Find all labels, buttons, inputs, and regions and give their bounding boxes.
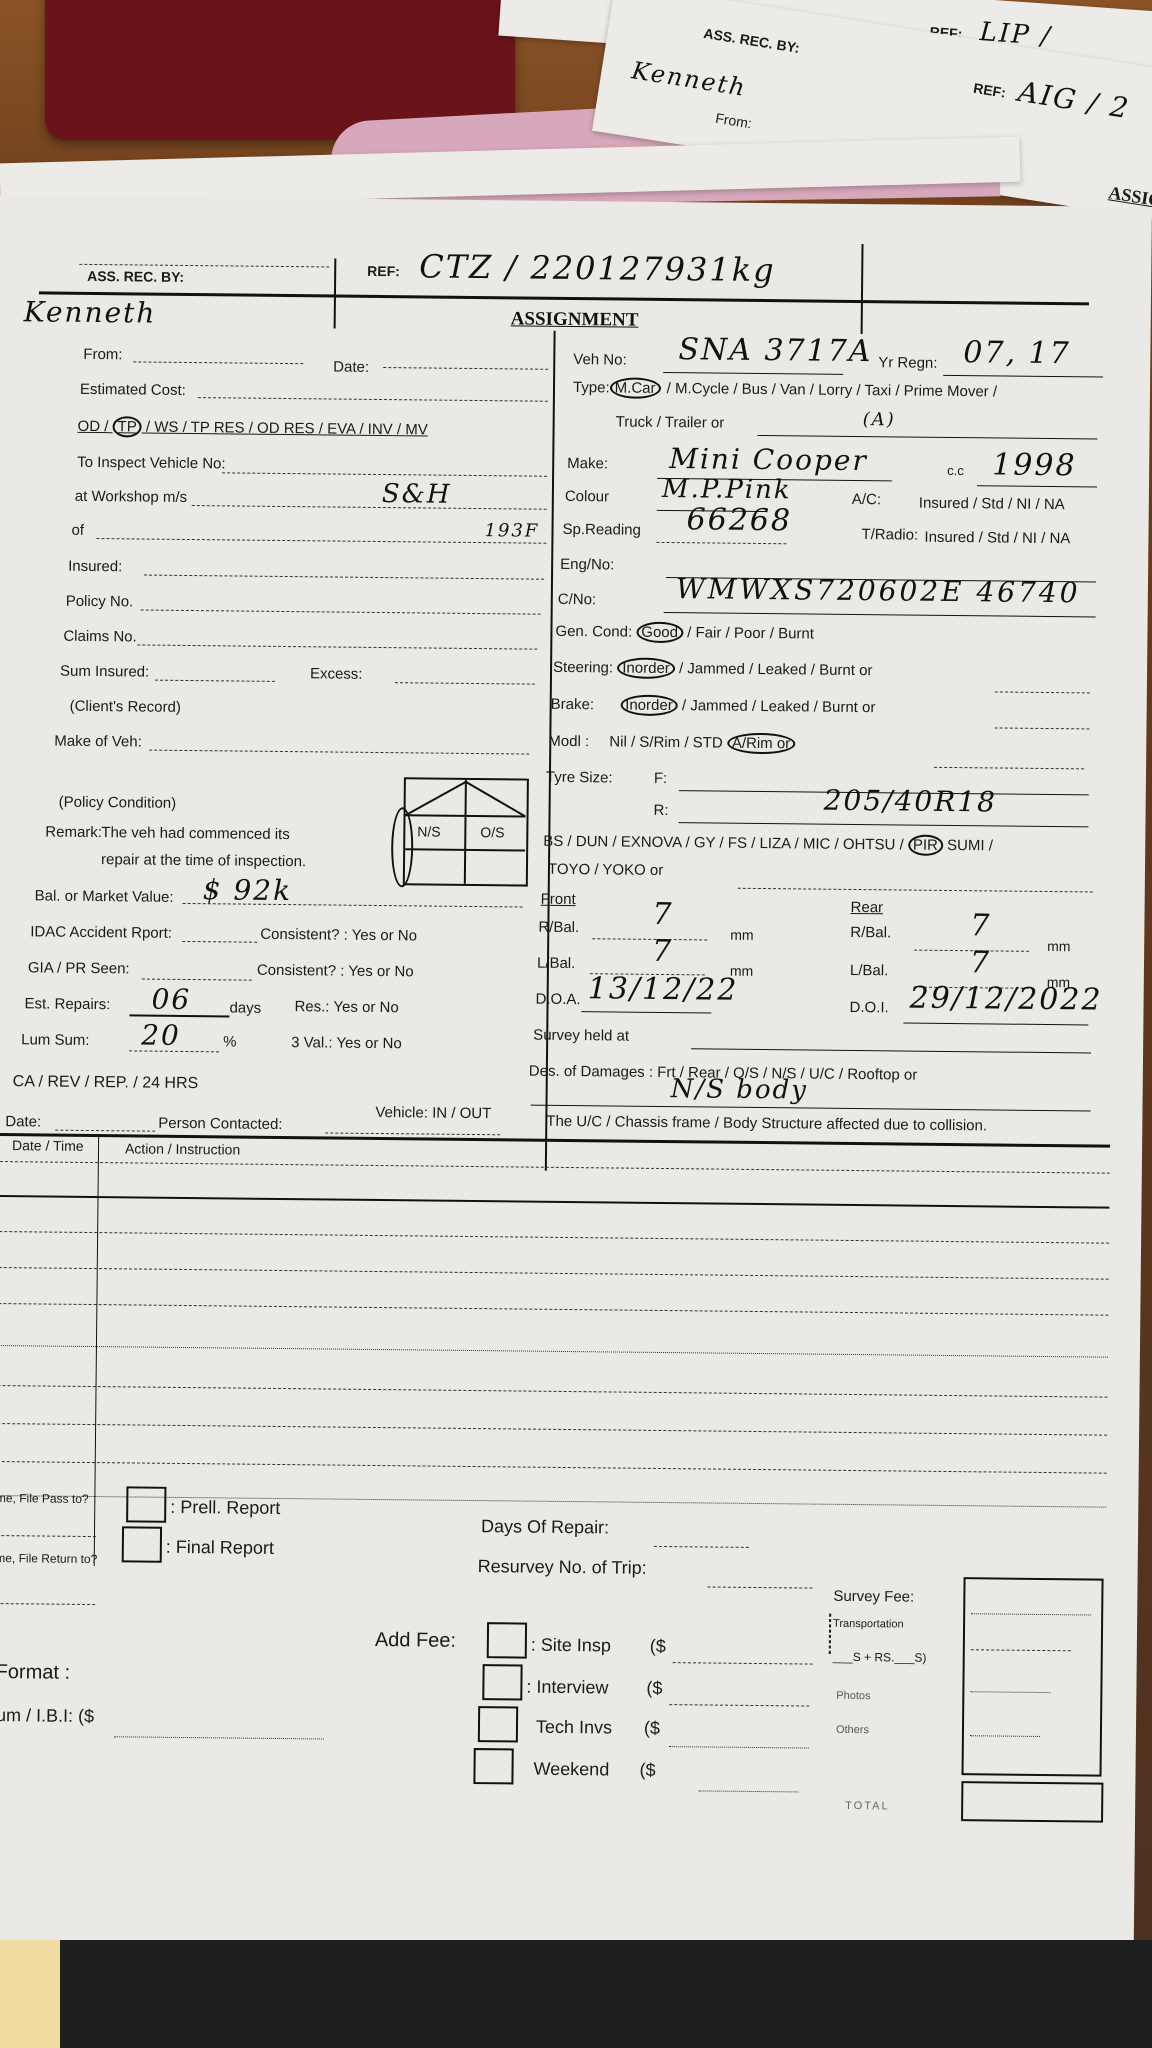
ass-rec-by-label: ASS. REC. BY: [87,268,184,285]
type-mcar-selected[interactable]: M.Car [610,377,661,399]
car-damage-diagram: N/S O/S [403,777,529,886]
colour-value[interactable]: M.P.Pink [662,474,792,505]
tradio-label: T/Radio: [861,526,918,544]
workshop-field[interactable] [192,505,547,510]
insured-field[interactable] [144,575,544,580]
steering-options: Steering: Inorder / Jammed / Leaked / Bu… [553,659,873,679]
days-of-repair-field[interactable] [654,1546,749,1548]
excess-field[interactable] [395,682,535,684]
make-value[interactable]: Mini Cooper [669,442,868,477]
sum-ibi-field[interactable] [114,1736,324,1739]
header-rule [39,291,1089,305]
doa-label: D.O.A. [536,991,581,1008]
date-field[interactable] [383,367,548,370]
transport-rs-field[interactable]: ___S + RS.___S) [833,1650,927,1665]
gen-cond-burnt[interactable]: Burnt [778,625,814,642]
rear-label: Rear [850,899,883,916]
modl-label: Modl : [548,733,589,750]
log-row[interactable] [0,1345,1108,1358]
log-col-date-time: Date / Time [12,1137,84,1154]
header-divider [334,259,337,329]
steering-burnt[interactable]: Burnt or [819,662,873,680]
modl-s-rim[interactable]: S/Rim [639,734,680,751]
modl-std[interactable]: STD [693,734,723,751]
tyre-brand-exnova[interactable]: EXNOVA [621,834,682,852]
tyre-brand-other-field[interactable] [738,888,1093,893]
inspect-vehicle-field[interactable] [222,472,547,476]
gen-cond-label: Gen. Cond: [555,623,632,641]
weekend-label: Weekend [533,1759,609,1781]
workshop-label: at Workshop m/s [75,488,187,506]
types-line2: Truck / Trailer or [616,413,725,431]
doi-value[interactable]: 29/12/2022 [909,981,1102,1018]
tyre-brand-pir-selected[interactable]: PIR [908,835,943,856]
bg-ref2-label: REF: [972,80,1007,101]
percent-label: % [223,1033,237,1050]
excess-label: Excess: [310,665,363,683]
tech-invs-amount-field[interactable] [669,1746,809,1748]
weekend-currency: ($ [639,1760,655,1781]
workshop-value[interactable]: S&H [382,479,452,510]
yr-regn-field[interactable] [943,375,1103,378]
insured-label: Insured: [68,558,122,576]
vehicle-in-out-options[interactable]: Vehicle: IN / OUT [375,1104,491,1122]
remark-label: Remark: [45,824,102,842]
yr-regn-value[interactable]: 07, 17 [963,335,1071,371]
brake-inorder-selected[interactable]: Inorder [620,695,678,717]
person-contacted-label: Person Contacted: [158,1115,282,1133]
tyre-brand-liza[interactable]: LIZA [759,835,790,852]
interview-checkbox[interactable] [482,1664,522,1700]
lum-sum-label: Lum Sum: [21,1031,90,1049]
from-label: From: [83,346,122,363]
ref-value[interactable]: CTZ / 220127931kg [419,247,776,289]
damages-value[interactable]: N/S body [671,1074,809,1105]
gia-label: GIA / PR Seen: [28,959,130,977]
site-insp-label: : Site Insp [531,1635,611,1657]
tech-invs-currency: ($ [644,1718,660,1739]
steering-jammed[interactable]: Jammed [687,660,745,678]
brake-jammed[interactable]: Jammed [690,697,748,715]
total-amount-box[interactable] [961,1781,1103,1822]
sum-insured-field[interactable] [155,680,275,682]
interview-label: : Interview [526,1677,608,1699]
doa-field[interactable] [581,1011,711,1013]
tyre-brand-gy[interactable]: GY [694,834,716,851]
ca-rev-rep-options[interactable]: CA / REV / REP. / 24 HRS [13,1073,199,1093]
gia-consistent-options[interactable]: Consistent? : Yes or No [257,962,414,981]
type-other-value[interactable]: (A) [863,409,896,430]
sp-reading-label: Sp.Reading [562,521,641,539]
header-dotted-line [79,264,329,268]
sum-ibi-label: Sum / I.B.I: ($ [0,1705,94,1727]
tyre-brand-sumi[interactable]: SUMI [947,837,985,854]
tan-corner [0,1940,60,2048]
prelim-report-label: : Prell. Report [170,1497,280,1519]
claim-type-od[interactable]: OD [77,418,100,435]
site-insp-amount-field[interactable] [673,1662,813,1664]
of-field[interactable] [96,538,546,544]
log-column-divider [94,1136,100,1566]
type-label: Type: [573,379,610,396]
front-rbal-value[interactable]: 7 [652,897,673,932]
ass-rec-by-value[interactable]: Kenneth [24,295,157,329]
clients-record-label: (Client's Record) [70,698,181,716]
veh-no-field[interactable] [663,372,843,375]
steering-label: Steering: [553,659,613,677]
final-report-checkbox[interactable] [122,1526,162,1562]
colour-label: Colour [565,488,609,505]
idac-label: IDAC Accident Rport: [30,923,172,941]
resurvey-label: Resurvey No. of Trip: [478,1556,647,1579]
lum-sum-value[interactable]: 20 [141,1019,181,1052]
person-contacted-field[interactable] [325,1132,500,1135]
file-return-label: Time, File Return to? [0,1551,97,1566]
policy-no-label: Policy No. [66,593,134,611]
log-row[interactable] [0,1385,1107,1398]
c-no-field[interactable] [664,612,1096,618]
make-label: Make: [567,455,608,472]
cc-label: c.c [947,463,964,478]
rear-rbal-value[interactable]: 7 [970,908,991,943]
remark-text-1: The veh had commenced its [101,824,290,843]
tech-invs-label: Tech Invs [536,1717,612,1739]
date2-label: Date: [5,1113,41,1130]
veh-no-value[interactable]: SNA 3717A [678,332,872,369]
rear-lbal-value[interactable]: 7 [970,945,991,980]
market-value-label: Bal. or Market Value: [35,887,174,905]
front-rbal-field[interactable] [592,938,707,940]
header-divider-2 [861,244,864,334]
tyre-r-value[interactable]: 205/40R18 [824,784,998,819]
est-repairs-value[interactable]: 06 [151,983,191,1016]
tyre-brand-dun[interactable]: DUN [576,833,609,850]
steering-other-field[interactable] [995,691,1090,693]
diagram-os-label[interactable]: O/S [480,824,504,840]
tyre-f-label: F: [654,770,668,787]
yr-regn-label: Yr Regn: [878,354,937,372]
weekend-checkbox[interactable] [473,1748,513,1784]
steering-leaked[interactable]: Leaked [757,661,806,679]
brake-other-field[interactable] [994,727,1089,729]
final-report-label: : Final Report [166,1537,274,1559]
fee-box-row [971,1613,1091,1615]
claim-type-od-res[interactable]: OD RES [257,420,315,438]
log-row[interactable] [0,1423,1107,1436]
c-no-label: C/No: [558,591,597,608]
est-repairs-label: Est. Repairs: [24,995,110,1013]
c-no-value[interactable]: WMWXS720602E 46740 [676,572,1081,609]
log-row[interactable] [0,1303,1108,1316]
photos-label: Photos [836,1690,870,1702]
date-label: Date: [333,358,369,375]
claim-type-tp-res[interactable]: TP RES [191,419,245,437]
estimated-cost-label: Estimated Cost: [80,381,186,399]
rear-rbal-label: R/Bal. [850,924,891,941]
gen-cond-fair[interactable]: Fair [695,624,721,641]
gen-cond-options: Gen. Cond: Good / Fair / Poor / Burnt [555,623,814,643]
brake-burnt[interactable]: Burnt or [822,699,876,717]
tyre-brand-mic[interactable]: MIC [803,835,831,852]
structure-options[interactable]: The U/C / Chassis frame / Body Structure… [546,1113,987,1135]
log-col-action: Action / Instruction [125,1140,240,1157]
gia-field[interactable] [142,979,252,981]
cc-value[interactable]: 1998 [992,447,1077,483]
front-lbal-value[interactable]: 7 [652,934,673,969]
doa-value[interactable]: 13/12/22 [588,971,739,1008]
fee-box-row [971,1649,1071,1651]
log-row[interactable] [0,1195,1109,1209]
claim-type-mv[interactable]: MV [405,421,428,438]
of-label: of [71,522,84,539]
survey-fee-label: Survey Fee: [833,1588,914,1606]
of-value[interactable]: 193F [484,520,539,542]
tyre-brand-options: BS / DUN / EXNOVA / GY / FS / LIZA / MIC… [543,833,993,855]
estimated-cost-field[interactable] [198,397,548,402]
front-label: Front [541,891,576,908]
tyre-brands-line2[interactable]: TOYO / YOKO or [548,861,663,879]
claims-no-label: Claims No. [63,628,137,646]
claim-type-inv[interactable]: INV [368,421,393,438]
modl-a-rim-selected[interactable]: A/Rim or [727,733,796,755]
interview-amount-field[interactable] [669,1704,809,1706]
veh-no-label: Veh No: [573,351,627,369]
rear-rbal-mm: mm [1047,938,1070,954]
bg-ass-rec-value: Kenneth [630,56,749,102]
claim-type-ws[interactable]: WS [154,419,178,436]
file-pass-field[interactable] [0,1535,96,1537]
others-label: Others [836,1724,869,1736]
front-rbal-mm: mm [730,927,753,943]
survey-held-field[interactable] [691,1048,1091,1053]
bg-from-label: From: [714,110,753,132]
claim-type-eva[interactable]: EVA [327,420,355,437]
bg-ass-rec-label: ASS. REC. BY: [702,25,800,56]
three-val-options[interactable]: 3 Val.: Yes or No [291,1034,402,1052]
days-label: days [229,999,261,1016]
days-of-repair-label: Days Of Repair: [481,1516,609,1538]
assignment-form: ASS. REC. BY: REF: CTZ / 220127931kg Ken… [0,195,1152,1977]
form-title: ASSIGNMENT [511,308,639,331]
rear-lbal-label: L/Bal. [850,962,889,979]
make-of-veh-label: Make of Veh: [54,733,142,751]
resurvey-field[interactable] [707,1586,812,1588]
file-pass-label: Time, File Pass to? [0,1491,89,1506]
modl-other-field[interactable] [934,767,1084,770]
file-return-field[interactable] [0,1603,95,1605]
front-rbal-label: R/Bal. [538,919,579,936]
tyre-r-label: R: [654,802,669,819]
tyre-brand-fs[interactable]: FS [728,835,747,852]
from-field[interactable] [133,361,303,364]
claims-no-field[interactable] [137,644,537,649]
ref-label: REF: [367,263,400,279]
log-row[interactable] [0,1231,1109,1244]
sp-reading-value[interactable]: 66268 [686,502,792,538]
gen-cond-good-selected[interactable]: Good [636,622,683,643]
tyre-brand-bs[interactable]: BS [543,833,563,850]
modl-nil[interactable]: Nil [609,733,627,750]
make-of-veh-field[interactable] [149,750,529,755]
ac-label: A/C: [852,491,881,508]
log-row[interactable] [0,1161,1110,1174]
claim-type-options: OD / TP / WS / TP RES / OD RES / EVA / I… [77,418,427,439]
weekend-amount-field[interactable] [698,1790,798,1792]
total-label: TOTAL [845,1800,890,1812]
site-insp-currency: ($ [650,1636,666,1657]
tech-invs-checkbox[interactable] [478,1706,518,1742]
idac-consistent-options[interactable]: Consistent? : Yes or No [260,926,417,945]
doi-label: D.O.I. [849,999,888,1016]
doi-field[interactable] [903,1023,1088,1026]
inspect-vehicle-label: To Inspect Vehicle No: [77,454,226,473]
tyre-brand-ohtsu[interactable]: OHTSU [843,836,896,854]
sp-reading-field[interactable] [656,542,786,544]
fee-box-row [970,1691,1050,1693]
brake-label: Brake: [551,696,595,713]
modl-options: Modl : Nil / S/Rim / STD A/Rim or [548,733,795,753]
log-row[interactable] [0,1267,1109,1280]
vehicle-type-options: Type:M.Car / M.Cycle / Bus / Van / Lorry… [573,379,997,400]
ac-options[interactable]: Insured / Std / NI / NA [919,495,1065,514]
steering-inorder-selected[interactable]: Inorder [617,657,675,679]
type-other-field[interactable] [758,435,1098,440]
remark-text-2: repair at the time of inspection. [101,851,306,870]
bg-ref2-value: AIG / 2 [1016,75,1132,125]
transportation-label: Transportation [833,1618,904,1631]
tradio-options[interactable]: Insured / Std / NI / NA [924,529,1070,548]
idac-field[interactable] [182,941,257,943]
brake-leaked[interactable]: Leaked [760,698,809,716]
diagram-ns-label[interactable]: N/S [417,823,441,839]
gen-cond-poor[interactable]: Poor [734,625,766,642]
sum-insured-label: Sum Insured: [60,663,149,681]
cc-field[interactable] [977,485,1097,487]
brake-options: Brake: Inorder / Jammed / Leaked / Burnt… [551,696,876,716]
claim-type-tp-selected[interactable]: TP [112,416,141,437]
log-row[interactable] [0,1461,1107,1474]
date2-field[interactable] [55,1130,155,1132]
market-value-value[interactable]: $ 92k [203,873,293,907]
eng-no-label: Eng/No: [560,556,614,574]
fee-amount-box[interactable] [962,1577,1104,1776]
tyre-r-field[interactable] [678,822,1088,827]
policy-condition-label: (Policy Condition) [59,794,177,812]
res-options[interactable]: Res.: Yes or No [294,998,398,1016]
damages-other-field[interactable] [530,1105,1090,1112]
policy-no-field[interactable] [141,609,541,614]
tyre-size-label: Tyre Size: [546,769,613,787]
survey-held-label: Survey held at [533,1027,629,1045]
report-format-label: t Format : [0,1661,70,1685]
add-fee-label: Add Fee: [375,1629,456,1653]
dark-cloth-background [0,1940,1152,2048]
front-lbal-label: L/Bal. [537,955,576,972]
survey-fee-bracket [829,1614,831,1654]
fee-box-row [970,1735,1040,1737]
site-insp-checkbox[interactable] [487,1622,527,1658]
prelim-report-checkbox[interactable] [126,1486,166,1522]
interview-currency: ($ [646,1678,662,1699]
column-divider [545,331,556,1171]
